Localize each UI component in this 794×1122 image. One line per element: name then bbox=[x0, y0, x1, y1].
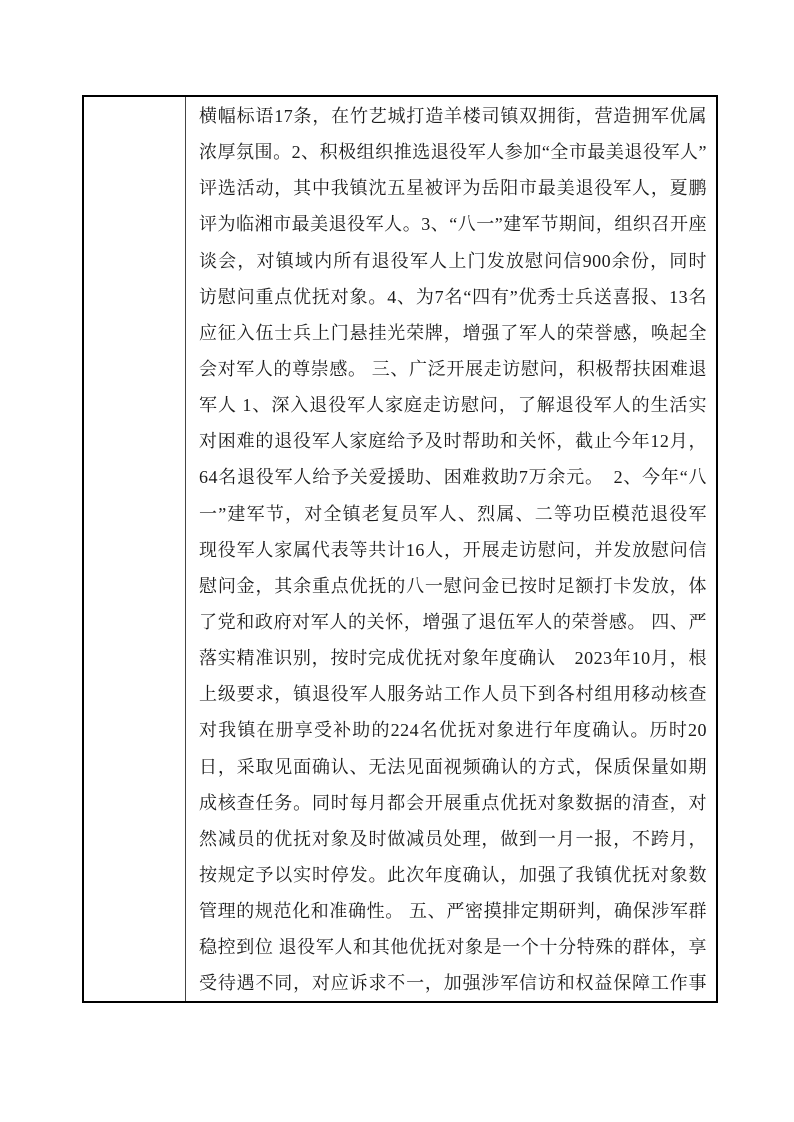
text-line: 落实精准识别，按时完成优抚对象年度确认 2023年10月，根据 bbox=[199, 640, 707, 676]
text-line: 评为临湘市最美退役军人。3、“八一”建军节期间，组织召开座 bbox=[199, 206, 707, 242]
text-line: 现役军人家属代表等共计16人，开展走访慰问，并发放慰问信和 bbox=[199, 532, 707, 568]
text-line: 评选活动，其中我镇沈五星被评为岳阳市最美退役军人，夏鹏被 bbox=[199, 170, 707, 206]
text-line: 了党和政府对军人的关怀，增强了退伍军人的荣誉感。 四、严格 bbox=[199, 604, 707, 640]
text-line: 受待遇不同，对应诉求不一，加强涉军信访和权益保障工作事关 bbox=[199, 965, 707, 1001]
text-line: 然减员的优抚对象及时做减员处理，做到一月一报，不跨月，并 bbox=[199, 821, 707, 857]
text-line: 浓厚氛围。2、积极组织推选退役军人参加“全市最美退役军人” bbox=[199, 134, 707, 170]
text-line: 对我镇在册享受补助的224名优抚对象进行年度确认。历时20余 bbox=[199, 712, 707, 748]
text-line: 军人 1、深入退役军人家庭走访慰问，了解退役军人的生活实际， bbox=[199, 387, 707, 423]
text-line: 应征入伍士兵上门悬挂光荣牌，增强了军人的荣誉感，唤起全社 bbox=[199, 315, 707, 351]
text-line: 会对军人的尊崇感。 三、广泛开展走访慰问，积极帮扶困难退役 bbox=[199, 351, 707, 387]
text-line: 谈会，对镇域内所有退役军人上门发放慰问信900余份，同时走 bbox=[199, 243, 707, 279]
text-line: 慰问金，其余重点优抚的八一慰问金已按时足额打卡发放，体现 bbox=[199, 568, 707, 604]
table-label-cell bbox=[84, 97, 186, 1001]
text-line: 访慰问重点优抚对象。4、为7名“四有”优秀士兵送喜报、13名 bbox=[199, 279, 707, 315]
text-line: 管理的规范化和准确性。 五、严密摸排定期研判，确保涉军群体 bbox=[199, 893, 707, 929]
text-line: 横幅标语17条，在竹艺城打造羊楼司镇双拥街，营造拥军优属的 bbox=[199, 98, 707, 134]
text-line: 一”建军节，对全镇老复员军人、烈属、二等功臣模范退役军人、 bbox=[199, 496, 707, 532]
document-page: 横幅标语17条，在竹艺城打造羊楼司镇双拥街，营造拥军优属的浓厚氛围。2、积极组织… bbox=[0, 0, 794, 1122]
text-line: 日，采取见面确认、无法见面视频确认的方式，保质保量如期完 bbox=[199, 749, 707, 785]
text-line: 对困难的退役军人家庭给予及时帮助和关怀，截止今年12月，为 bbox=[199, 423, 707, 459]
text-line: 稳控到位 退役军人和其他优抚对象是一个十分特殊的群体，享 bbox=[199, 929, 707, 965]
table-content-cell: 横幅标语17条，在竹艺城打造羊楼司镇双拥街，营造拥军优属的浓厚氛围。2、积极组织… bbox=[186, 97, 716, 1001]
text-line: 上级要求，镇退役军人服务站工作人员下到各村组用移动核查仪 bbox=[199, 676, 707, 712]
text-line: 成核查任务。同时每月都会开展重点优抚对象数据的清查，对自 bbox=[199, 785, 707, 821]
text-line: 64名退役军人给予关爱援助、困难救助7万余元。 2、今年“八 bbox=[199, 459, 707, 495]
document-table: 横幅标语17条，在竹艺城打造羊楼司镇双拥街，营造拥军优属的浓厚氛围。2、积极组织… bbox=[82, 95, 718, 1003]
text-line: 按规定予以实时停发。此次年度确认，加强了我镇优抚对象数据 bbox=[199, 857, 707, 893]
